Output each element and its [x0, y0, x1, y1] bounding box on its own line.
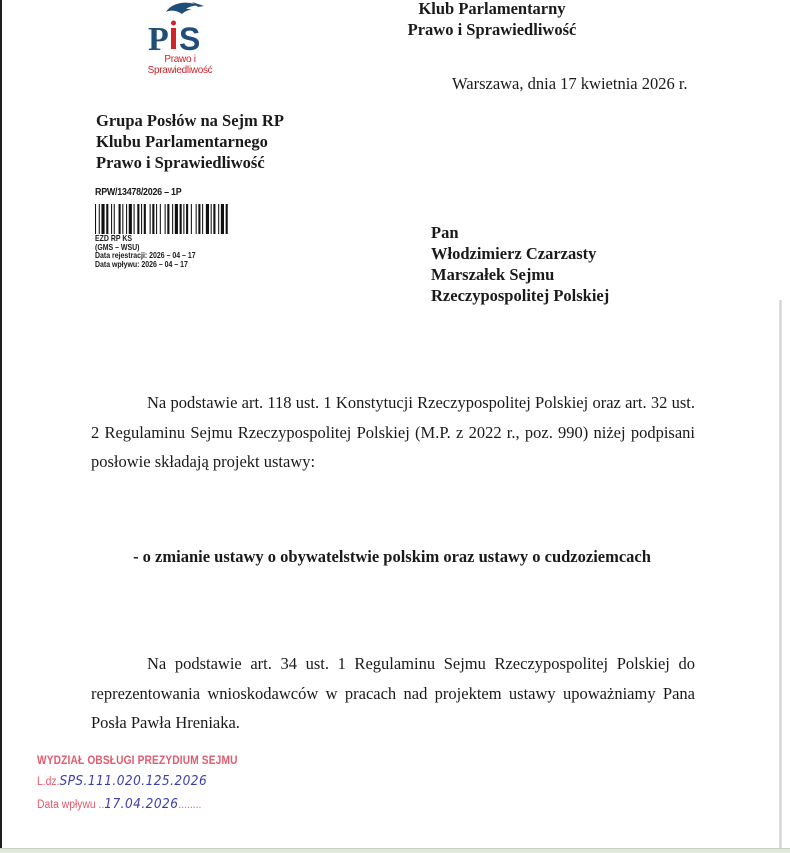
sender-line1: Grupa Posłów na Sejm RP — [96, 110, 284, 131]
receipt-date: Data wpływu: 2026 – 04 – 17 — [95, 261, 196, 270]
stamp-ldz-row: L.dz.SPS.111.020.125.2026 — [37, 770, 244, 793]
bill-title-text: - o zmianie ustawy o obywatelstwie polsk… — [133, 547, 651, 566]
body-paragraph-2-text: Na podstawie art. 34 ust. 1 Regulaminu S… — [91, 654, 695, 732]
stamp-receipt-value: 17.04.2026 — [104, 796, 178, 812]
stamp-receipt-label: Data wpływu .. — [37, 799, 104, 811]
logo-caption: Prawo i Sprawiedliwość — [132, 54, 228, 76]
recipient-block: Pan Włodzimierz Czarzasty Marszałek Sejm… — [431, 222, 609, 306]
club-name-line1: Klub Parlamentarny — [392, 0, 592, 19]
stamp-heading: WYDZIAŁ OBSŁUGI PREZYDIUM SEJMU — [37, 752, 239, 770]
sender-line3: Prawo i Sprawiedliwość — [96, 152, 284, 173]
barcode — [95, 204, 307, 234]
page-right-edge — [779, 300, 782, 848]
recipient-line1: Pan — [431, 222, 609, 243]
sender-block: Grupa Posłów na Sejm RP Klubu Parlamenta… — [96, 110, 284, 173]
body-paragraph-1: Na podstawie art. 118 ust. 1 Konstytucji… — [91, 388, 695, 477]
sender-line2: Klubu Parlamentarnego — [96, 131, 284, 152]
stamp-ldz-label: L.dz. — [37, 776, 59, 788]
party-logo: P S Prawo i Sprawiedliwość — [132, 0, 228, 70]
stamp-receipt-row: Data wpływu ..17.04.2026........ — [37, 793, 244, 816]
eagle-logo-icon: P S — [146, 0, 216, 54]
club-header: Klub Parlamentarny Prawo i Sprawiedliwoś… — [392, 0, 592, 40]
place-and-date: Warszawa, dnia 17 kwietnia 2026 r. — [452, 74, 688, 94]
bill-title: - o zmianie ustawy o obywatelstwie polsk… — [0, 547, 790, 567]
recipient-line4: Rzeczypospolitej Polskiej — [431, 285, 609, 306]
page-left-edge — [0, 0, 2, 848]
stamp-receipt-dots: ........ — [178, 799, 201, 811]
club-name-line2: Prawo i Sprawiedliwość — [392, 19, 592, 40]
svg-text:P: P — [148, 21, 169, 54]
recipient-line3: Marszałek Sejmu — [431, 264, 609, 285]
svg-text:S: S — [179, 21, 200, 54]
receipt-stamp: WYDZIAŁ OBSŁUGI PREZYDIUM SEJMU L.dz.SPS… — [37, 752, 267, 816]
registration-meta: EZD RP KS (GMS – WSU) Data rejestracji: … — [95, 235, 196, 269]
body-paragraph-1-text: Na podstawie art. 118 ust. 1 Konstytucji… — [91, 393, 695, 471]
page-bottom-edge — [0, 848, 790, 853]
registration-label: RPW/13478/2026 – 1P EZD RP KS (GMS – WSU… — [95, 184, 315, 292]
body-paragraph-2: Na podstawie art. 34 ust. 1 Regulaminu S… — [91, 649, 695, 738]
recipient-line2: Włodzimierz Czarzasty — [431, 243, 609, 264]
rpw-number: RPW/13478/2026 – 1P — [95, 186, 181, 198]
stamp-ldz-value: SPS.111.020.125.2026 — [59, 773, 207, 789]
